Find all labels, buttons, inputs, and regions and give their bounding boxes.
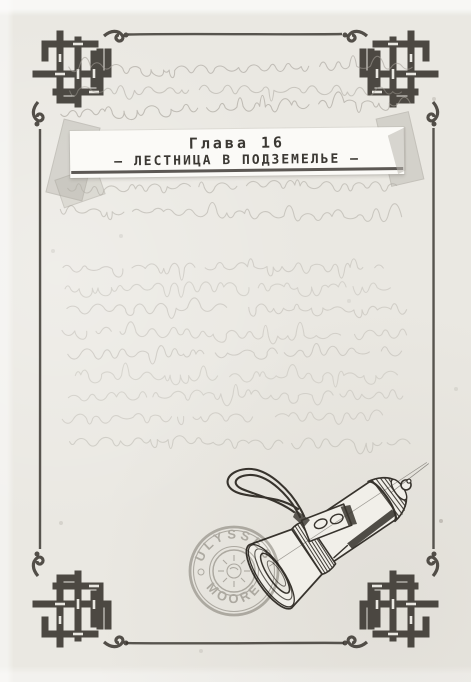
handwriting-line	[68, 384, 402, 405]
celtic-corner-ornament-icon	[33, 552, 128, 647]
celtic-corner-ornament-icon	[343, 31, 438, 126]
handwriting-line	[70, 85, 402, 102]
stamp-emblem	[218, 555, 250, 587]
frame-border	[40, 34, 434, 643]
celtic-corner-ornament-icon	[343, 552, 438, 647]
handwriting-line	[62, 321, 407, 344]
handwriting-line	[67, 297, 407, 320]
handwriting-line	[61, 92, 410, 120]
chapter-label-strip: Глава 16 — ЛЕСТНИЦА В ПОДЗЕМЕЛЬЕ —	[70, 127, 405, 178]
ghost-handwriting	[60, 55, 412, 456]
handwriting-line	[62, 410, 390, 425]
celtic-corner-ornament-icon	[33, 31, 128, 126]
handwriting-line	[75, 363, 397, 387]
handwriting-line	[68, 343, 402, 364]
book-page: ULYSSES MOORE Глава 16 — ЛЕСТНИЦА В ПОДЗ…	[0, 0, 471, 682]
page-artwork: ULYSSES MOORE	[0, 0, 471, 682]
handwriting-line	[63, 259, 383, 281]
handwriting-line	[70, 434, 411, 455]
handwriting-line	[68, 180, 397, 196]
handwriting-line	[60, 202, 401, 222]
handwriting-line	[65, 282, 390, 298]
